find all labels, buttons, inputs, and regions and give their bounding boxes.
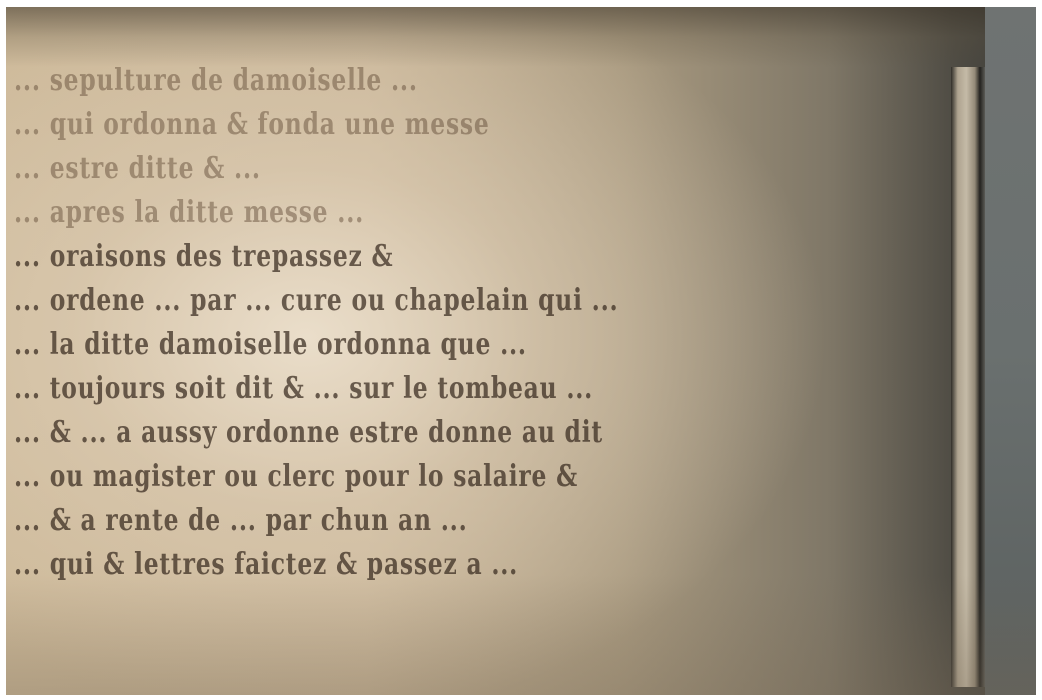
inscription-line-2: ... qui ordonna & fonda une messe (14, 103, 950, 147)
stone-slab-edge (951, 67, 985, 687)
inscription-text: ... sepulture de damoiselle ... ... qui … (14, 59, 949, 587)
inscription-line-1: ... sepulture de damoiselle ... (14, 59, 950, 103)
adjacent-wall (985, 7, 1036, 695)
inscription-photo: ... sepulture de damoiselle ... ... qui … (6, 7, 1036, 695)
inscription-line-8: ... toujours soit dit & ... sur le tombe… (14, 367, 950, 411)
inscription-line-6: ... ordene ... par ... cure ou chapelain… (14, 279, 950, 323)
inscription-line-3: ... estre ditte & ... (14, 147, 950, 191)
inscription-line-10: ... ou magister ou clerc pour lo salaire… (14, 455, 950, 499)
inscription-line-7: ... la ditte damoiselle ordonna que ... (14, 323, 950, 367)
inscription-line-11: ... & a rente de ... par chun an ... (14, 499, 950, 543)
inscription-line-12: ... qui & lettres faictez & passez a ... (14, 543, 950, 587)
inscription-line-9: ... & ... a aussy ordonne estre donne au… (14, 411, 950, 455)
inscription-line-4: ... apres la ditte messe ... (14, 191, 950, 235)
inscription-line-5: ... oraisons des trepassez & (14, 235, 950, 279)
